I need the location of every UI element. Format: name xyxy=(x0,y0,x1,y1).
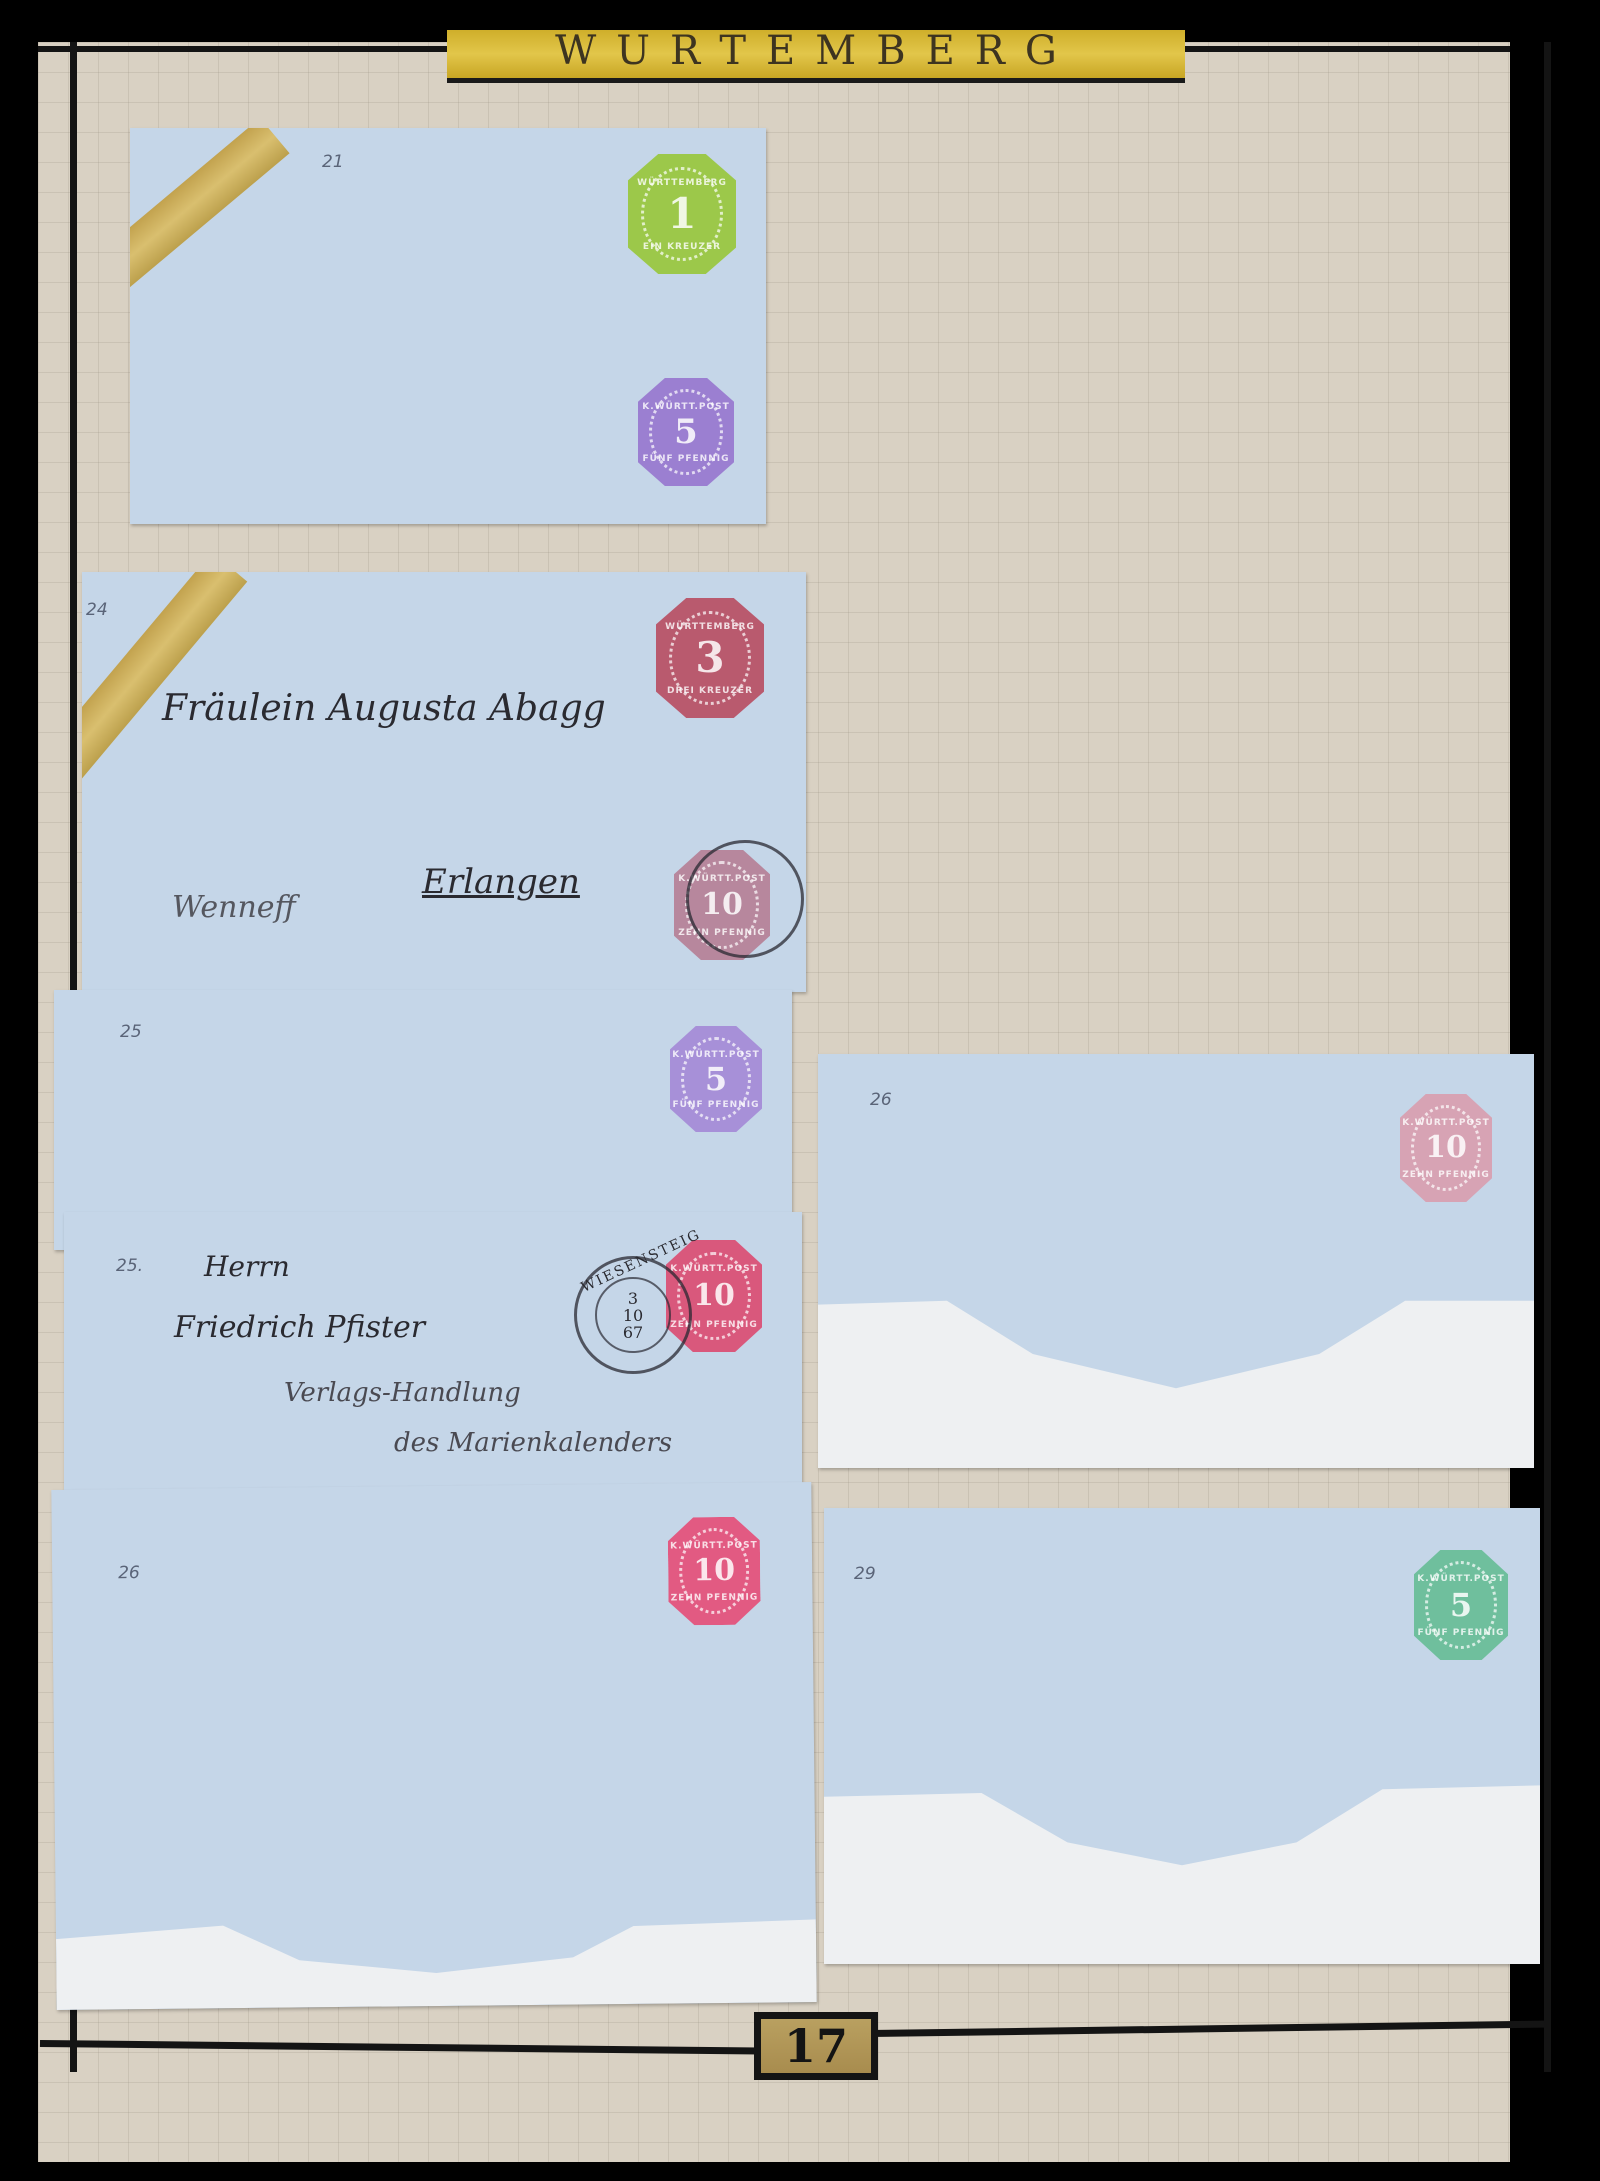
stamp-1-kreuzer: WÜRTTEMBERG 1 EIN KREUZER xyxy=(628,154,736,274)
postmark xyxy=(686,840,804,958)
right-border-rule xyxy=(1544,42,1551,2072)
catalog-number: 29 xyxy=(854,1564,876,1584)
album-title-plate: WURTEMBERG xyxy=(447,30,1185,83)
envelope-flap xyxy=(824,1774,1540,1964)
envelope-26: 26 K.WÜRTT.POST 10 ZEHN PFENNIG xyxy=(51,1482,816,2010)
address-line: Fräulein Augusta Abagg xyxy=(162,688,606,729)
envelope-26-wrapper: 26 K.WÜRTT.POST 10 ZEHN PFENNIG xyxy=(818,1054,1534,1468)
address-line: Verlags-Handlung xyxy=(284,1378,521,1408)
stamp-3-kreuzer: WÜRTTEMBERG 3 DREI KREUZER xyxy=(656,598,764,718)
envelope-21: 21 WÜRTTEMBERG 1 EIN KREUZER K.WÜRTT.POS… xyxy=(130,128,766,524)
address-line: Herrn xyxy=(204,1250,290,1283)
envelope-29: 29 K.WÜRTT.POST 5 FÜNF PFENNIG xyxy=(824,1508,1540,1964)
catalog-number: 26 xyxy=(118,1563,140,1583)
postmark-wiesensteig: WIESENSTEIG 3 10 67 xyxy=(574,1256,692,1374)
page-number: 17 xyxy=(784,2019,848,2073)
album-title: WURTEMBERG xyxy=(555,30,1077,74)
hinge-tape xyxy=(130,128,290,385)
envelope-25: 25 K.WÜRTT.POST 5 FÜNF PFENNIG xyxy=(54,990,792,1250)
catalog-number: 21 xyxy=(322,152,344,172)
stamp-10-pfennig: K.WÜRTT.POST 10 ZEHN PFENNIG xyxy=(668,1517,761,1626)
address-line: des Marienkalenders xyxy=(394,1428,672,1458)
stamp-10-pfennig: K.WÜRTT.POST 10 ZEHN PFENNIG xyxy=(1400,1094,1492,1202)
stamp-5-pfennig: K.WÜRTT.POST 5 FÜNF PFENNIG xyxy=(670,1026,762,1132)
catalog-number: 25. xyxy=(116,1256,143,1276)
envelope-flap xyxy=(56,1884,817,2010)
catalog-number: 25 xyxy=(120,1022,142,1042)
address-city: Erlangen xyxy=(422,862,580,902)
envelope-24: 24 WÜRTTEMBERG 3 DREI KREUZER K.WÜRTT.PO… xyxy=(82,572,806,992)
sender-note: Wenneff xyxy=(172,890,296,925)
catalog-number: 26 xyxy=(870,1090,892,1110)
page-number-plate: 17 xyxy=(754,2012,878,2080)
stamp-5-pfennig: K.WÜRTT.POST 5 FÜNF PFENNIG xyxy=(1414,1550,1508,1660)
envelope-flap xyxy=(818,1278,1534,1468)
stamp-5-pfennig: K.WÜRTT.POST 5 FÜNF PFENNIG xyxy=(638,378,734,486)
catalog-number: 24 xyxy=(86,600,108,620)
address-line: Friedrich Pfister xyxy=(174,1310,425,1345)
